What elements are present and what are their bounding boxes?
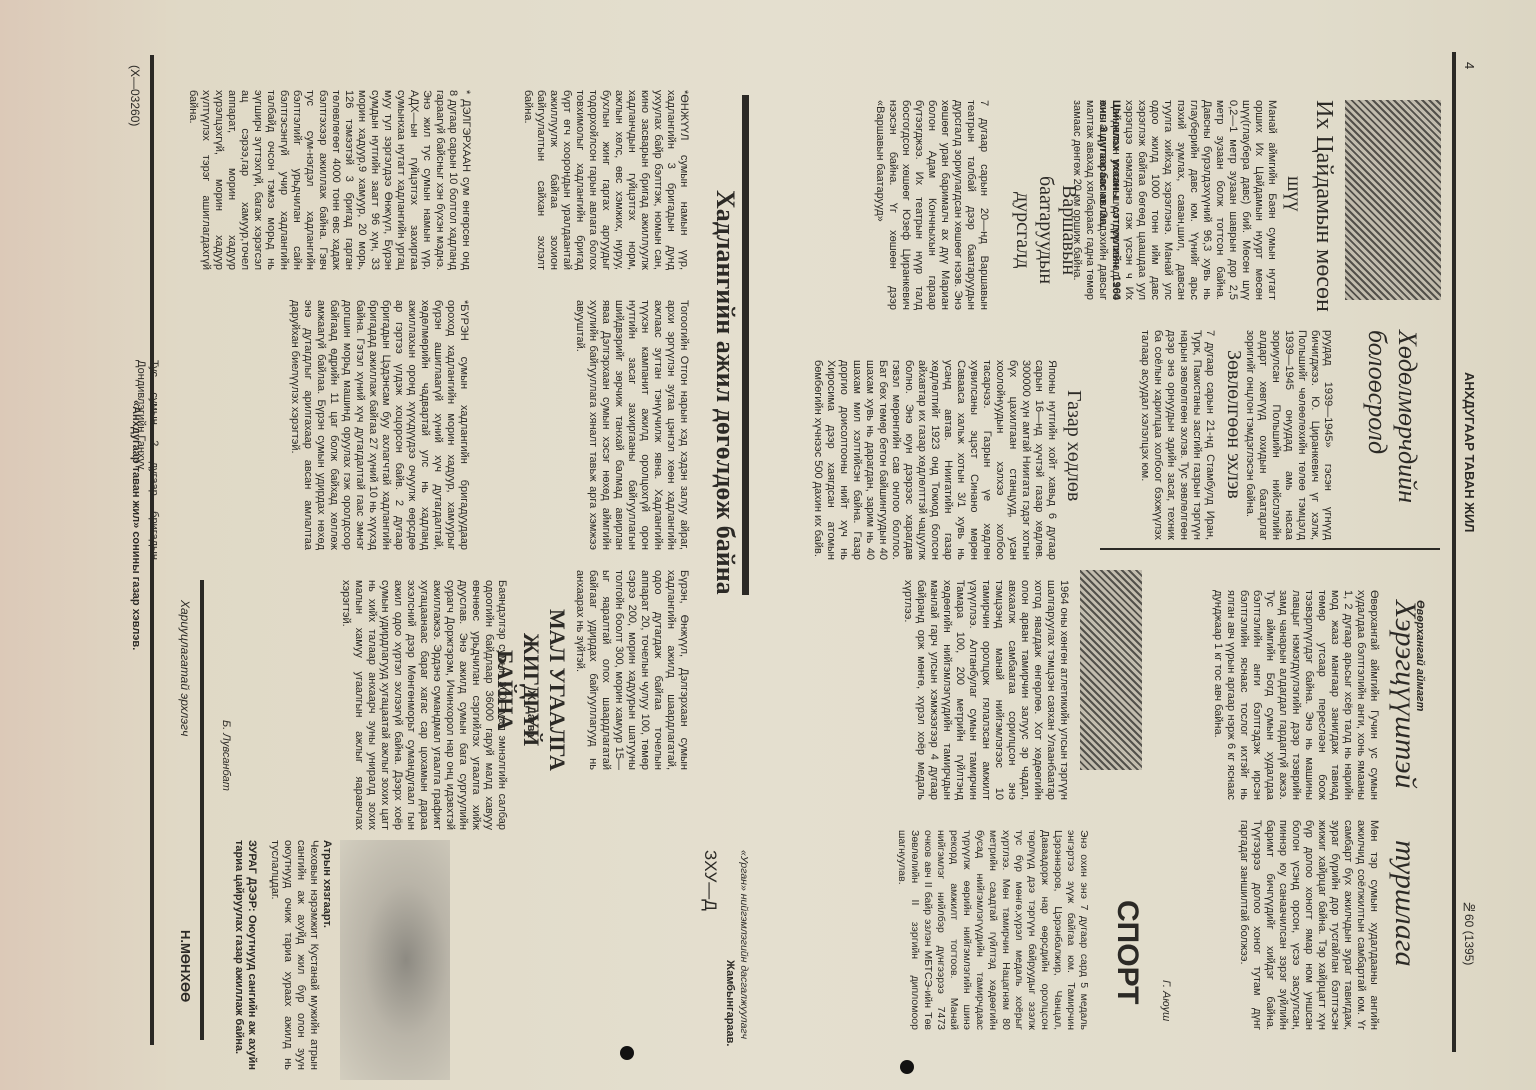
editor-label: Хариуцлагатай эрхлэгч <box>178 600 192 736</box>
publisher-line: «Анхдугаар таван жил» сонины газар хэвлэ… <box>130 400 142 650</box>
masthead-rule <box>1452 52 1456 1052</box>
issue-number: №60 (1395) <box>1462 900 1476 965</box>
sport-body-2: Энэ охин энэ 7 дугаар сард 5 медаль энгэ… <box>760 830 1090 1030</box>
photo-caption-lead: Атрын хязгаарт. <box>320 840 333 928</box>
punch-hole <box>900 1060 914 1074</box>
photo-caption2-lead: ЗУРАГ ДЭЭР: <box>246 840 258 912</box>
salt-title: Их Цайдамын мөсөн <box>1310 100 1337 312</box>
punch-hole <box>620 1046 634 1060</box>
ballet-title: Варшавын баатаруудын дурсгалд <box>1000 110 1080 350</box>
footer-rule <box>150 55 154 1045</box>
photo-credit: ЗХУ—Д <box>700 850 720 911</box>
livestock-title: МАЛ УГААЛГА ЖИГДГҮЙ БАЙНА <box>510 600 570 780</box>
editor-name: Н.МӨНХӨӨ <box>178 930 193 1002</box>
workers-title: Хөдөлмөрчдийн болоөсролд <box>1338 330 1422 550</box>
ballet-title-1: Варшавын <box>1058 185 1080 275</box>
print-code: (Х—03260) <box>128 65 142 126</box>
hay-title: Хадлангийн ажил дөгөлдөж байна <box>710 190 740 595</box>
salt-body: Манай аймгийн Баян сумын нутагт орших Их… <box>1130 100 1278 300</box>
hay-col1: *ӨНЖҮҮЛ сумын намын үүр, хадлангийн 3 бр… <box>478 90 690 270</box>
livestock-title-1: МАЛ УГААЛГА <box>545 609 570 771</box>
livestock-body: Баяндэлгэр сумын 300—мал эмнэлгийн салба… <box>240 580 508 830</box>
salt-title-2: шүү <box>1282 176 1305 211</box>
sport-illustration <box>1080 570 1142 770</box>
section-rule <box>742 95 749 595</box>
series-title: АНХДУГААР ТАВАН ЖИЛ <box>1462 372 1477 532</box>
hay-col2b: *БҮРЭН сумын хадлангийн бригадуудаар оро… <box>230 300 470 550</box>
council-body: 7 дугаар сарын 21-нд Стамбулд Иран, Турк… <box>1120 330 1216 540</box>
needed-body-1: Өвөрхангай аймгийн Гучин ус сумын худалд… <box>1160 590 1380 800</box>
hay-col1b: * ДЭЛГЭРХААН сум өнгөрсөн онд 8 дугаар с… <box>120 90 472 270</box>
workers-body: руудад 1939—1945» гэсэн үгнүүд бичигджээ… <box>1258 330 1334 540</box>
hay-col2: Тогоогийн Отгон нарын хэд хэдэн залуу ай… <box>478 300 690 550</box>
ballet-title-2: баатаруудын <box>1035 176 1057 284</box>
farm-photo <box>340 840 450 1080</box>
sport-title: СПОРТ <box>1110 900 1144 1005</box>
page-number: 4 <box>1462 62 1477 69</box>
workers-title-2: болоөсролд <box>1363 330 1392 454</box>
book-illustration <box>1345 100 1441 300</box>
newspaper-page: 4 АНХДУГААР ТАВАН ЖИЛ №60 (1395) Их Цайд… <box>0 0 1536 1090</box>
salt-closing: Шинжлэх ухааны сэтгүүлийн 1964 оны 3 дуг… <box>1090 100 1122 300</box>
sport-author-prefix: «Урган» нийгэмлэгийн дасгалжуулагч <box>738 850 750 1039</box>
needed-body-2: Мөн тэр сумын худалдааны ангийн ажилчид … <box>1180 820 1380 1030</box>
earthquake-body: Японы нутгийн хойт хавьд 6 дугаар сарын … <box>762 360 1058 560</box>
photo-caption: Чеховын нэрэмжит Кустанай мужийн атрын с… <box>256 840 320 1070</box>
divider <box>1100 548 1440 550</box>
workers-title-1: Хөдөлмөрчдийн <box>1393 330 1422 503</box>
livestock-author: Б. Лувсанбат <box>220 720 232 791</box>
needed-author: Г. Аюуш <box>1160 980 1172 1021</box>
needed-title-1: Хэрэгцүүштэй <box>1388 600 1422 789</box>
hay-col3: Бүрэн, Өнжүүл, Дэлгэрхаан сумын хадланги… <box>550 570 690 770</box>
needed-title-2: туршлага <box>1388 840 1422 967</box>
ballet-title-3: дурсгалд <box>1012 192 1034 268</box>
ballet-body: 7 дугаар сарын 20—нд Варшавын театрын та… <box>880 100 990 310</box>
earthquake-title: Газар хөдлөв <box>1062 390 1085 501</box>
photo-caption-2: ЗУРАГ ДЭЭР: Оюутнууд сангийн аж ахуйн та… <box>232 840 258 1070</box>
council-title: Зөвлөлгөөн эхлэв <box>1222 350 1245 499</box>
footer-rule-top <box>200 580 204 1040</box>
sport-author: Жамбынгараав. <box>724 960 736 1047</box>
sport-body: 1964 оны хөнгөн атлетикийн улсын тэргүүн… <box>760 580 1070 800</box>
